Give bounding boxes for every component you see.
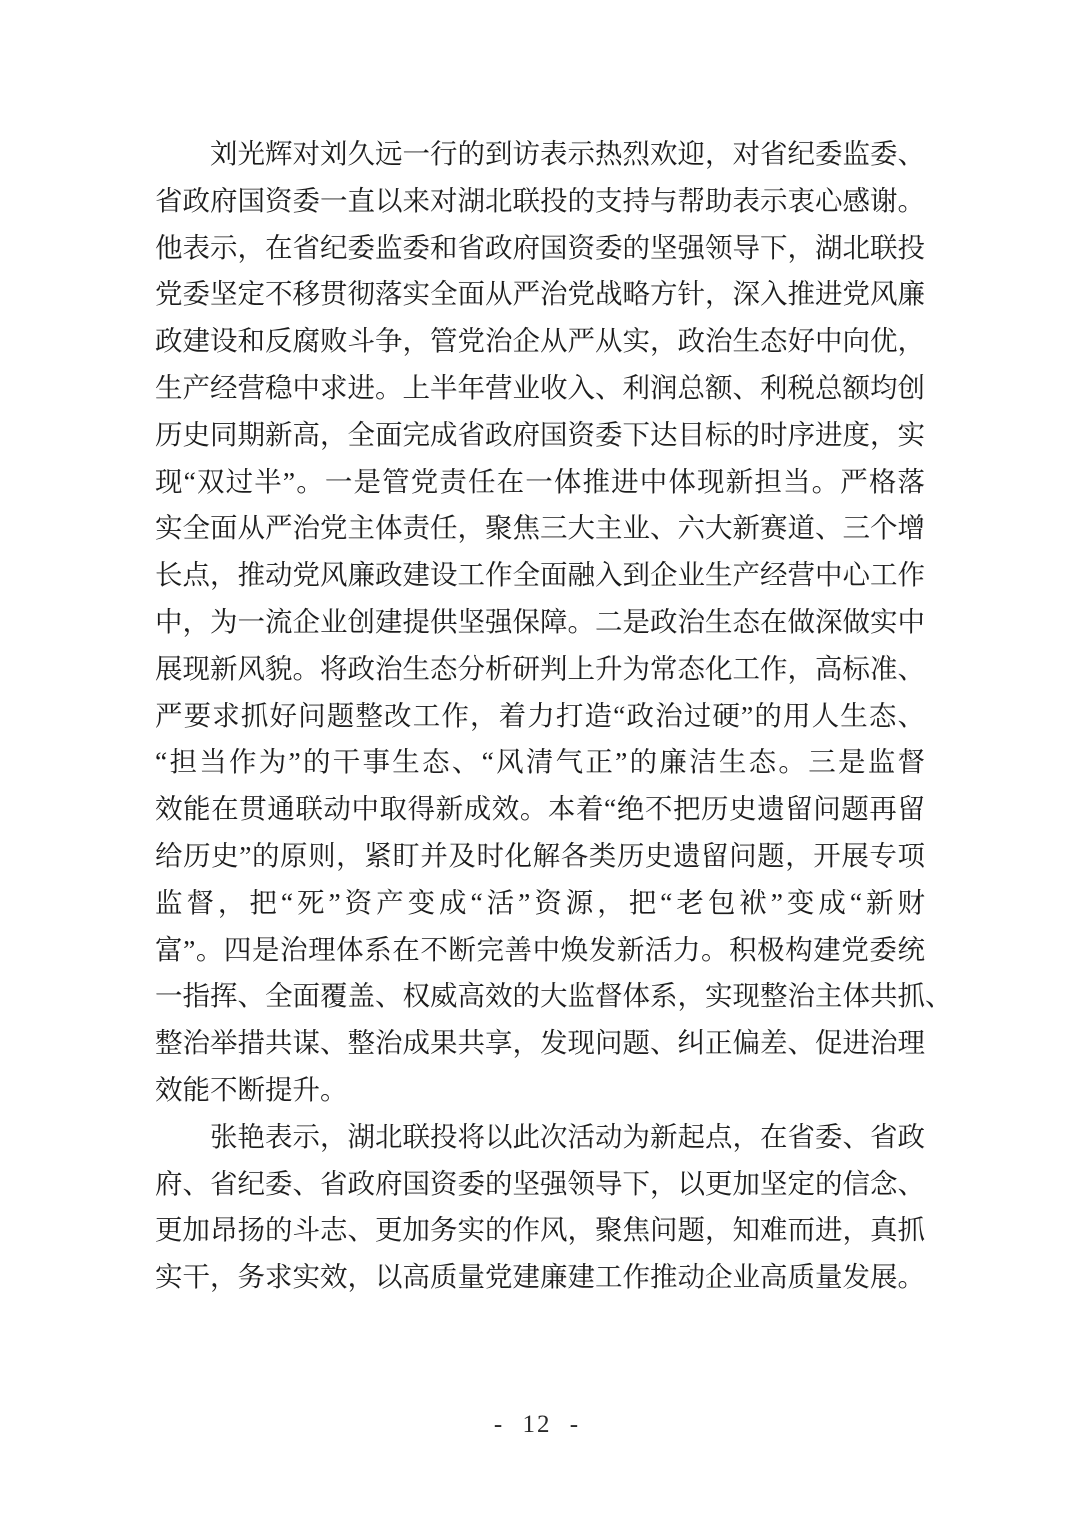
text-line: 他表示，在省纪委监委和省政府国资委的坚强领导下，湖北联投	[155, 225, 925, 272]
text-line: “担当作为”的干事生态、“风清气正”的廉洁生态。三是监督	[155, 739, 925, 786]
text-line: 实干，务求实效，以高质量党建廉建工作推动企业高质量发展。	[155, 1254, 925, 1301]
paragraph-2: 张艳表示，湖北联投将以此次活动为新起点，在省委、省政 府、省纪委、省政府国资委的…	[155, 1114, 925, 1301]
text-line: 中，为一流企业创建提供坚强保障。二是政治生态在做深做实中	[155, 599, 925, 646]
text-line: 监督，把“死”资产变成“活”资源，把“老包袱”变成“新财	[155, 880, 925, 927]
text-line: 展现新风貌。将政治生态分析研判上升为常态化工作，高标准、	[155, 646, 925, 693]
text-line: 张艳表示，湖北联投将以此次活动为新起点，在省委、省政	[155, 1114, 925, 1161]
text-line: 整治举措共谋、整治成果共享，发现问题、纠正偏差、促进治理	[155, 1020, 925, 1067]
text-line: 历史同期新高，全面完成省政府国资委下达目标的时序进度，实	[155, 412, 925, 459]
text-line: 长点，推动党风廉政建设工作全面融入到企业生产经营中心工作	[155, 552, 925, 599]
text-line: 府、省纪委、省政府国资委的坚强领导下，以更加坚定的信念、	[155, 1161, 925, 1208]
text-line: 实全面从严治党主体责任，聚焦三大主业、六大新赛道、三个增	[155, 505, 925, 552]
page-number: - 12 -	[0, 1405, 1074, 1445]
text-line: 生产经营稳中求进。上半年营业收入、利润总额、利税总额均创	[155, 365, 925, 412]
text-line: 富”。四是治理体系在不断完善中焕发新活力。积极构建党委统	[155, 927, 925, 974]
paragraph-1: 刘光辉对刘久远一行的到访表示热烈欢迎，对省纪委监委、 省政府国资委一直以来对湖北…	[155, 131, 925, 1114]
document-page: 刘光辉对刘久远一行的到访表示热烈欢迎，对省纪委监委、 省政府国资委一直以来对湖北…	[0, 0, 1074, 1520]
text-line: 更加昂扬的斗志、更加务实的作风，聚焦问题，知难而进，真抓	[155, 1207, 925, 1254]
text-line: 政建设和反腐败斗争，管党治企从严从实，政治生态好中向优，	[155, 318, 925, 365]
document-body: 刘光辉对刘久远一行的到访表示热烈欢迎，对省纪委监委、 省政府国资委一直以来对湖北…	[155, 131, 925, 1301]
text-line: 省政府国资委一直以来对湖北联投的支持与帮助表示衷心感谢。	[155, 178, 925, 225]
text-line: 严要求抓好问题整改工作，着力打造“政治过硬”的用人生态、	[155, 693, 925, 740]
text-line: 刘光辉对刘久远一行的到访表示热烈欢迎，对省纪委监委、	[155, 131, 925, 178]
text-line: 给历史”的原则，紧盯并及时化解各类历史遗留问题，开展专项	[155, 833, 925, 880]
text-line: 党委坚定不移贯彻落实全面从严治党战略方针，深入推进党风廉	[155, 271, 925, 318]
text-line: 效能在贯通联动中取得新成效。本着“绝不把历史遗留问题再留	[155, 786, 925, 833]
text-line: 一指挥、全面覆盖、权威高效的大监督体系，实现整治主体共抓、	[155, 973, 925, 1020]
text-line: 效能不断提升。	[155, 1067, 925, 1114]
text-line: 现“双过半”。一是管党责任在一体推进中体现新担当。严格落	[155, 459, 925, 506]
